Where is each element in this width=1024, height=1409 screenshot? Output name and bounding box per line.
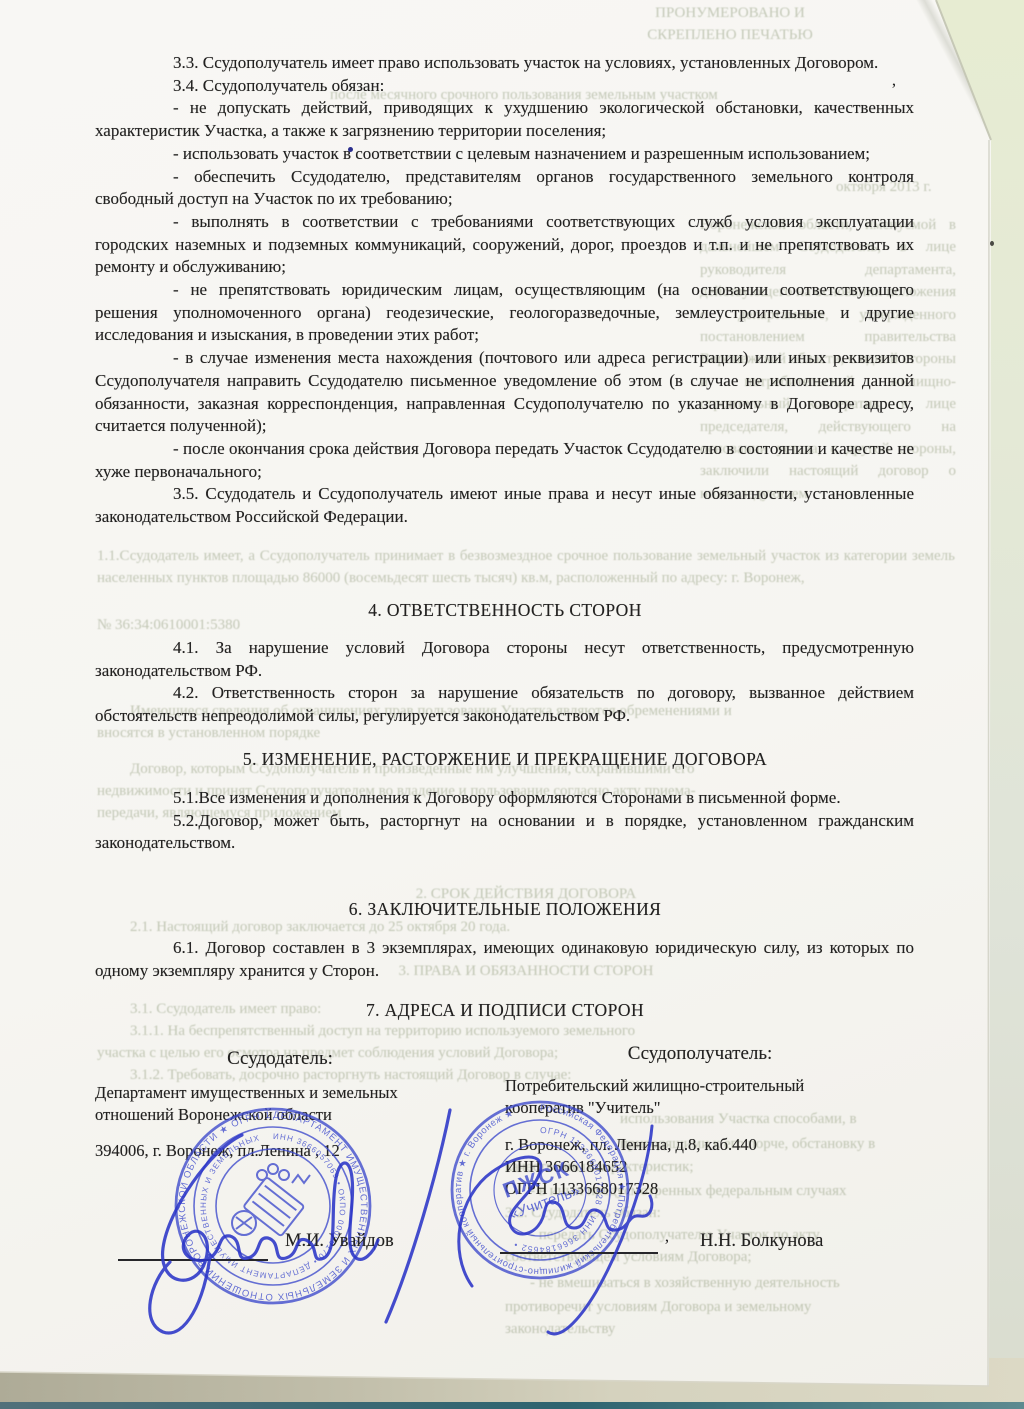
bleed-through-line: ПРОНУМЕРОВАНО И (630, 2, 830, 24)
section-7-heading: 7. АДРЕСА И ПОДПИСИ СТОРОН (95, 1000, 915, 1021)
bleed-through-line: 1.1.Ссудодатель имеет, а Ссудополучатель… (97, 545, 955, 590)
paragraph: - не препятствовать юридическим лицам, о… (95, 279, 914, 347)
paragraph: 3.5. Ссудодатель и Ссудополучатель имеют… (95, 483, 914, 528)
section-3-paragraphs: 3.3. Ссудополучатель имеет право использ… (95, 52, 914, 529)
lender-signature-ink (100, 1080, 480, 1350)
section-6-heading: 6. ЗАКЛЮЧИТЕЛЬНЫЕ ПОЛОЖЕНИЯ (95, 899, 915, 920)
borrower-signer-name: Н.Н. Болкунова (700, 1231, 823, 1252)
borrower-signature-ink (440, 1100, 680, 1350)
paragraph: - в случае изменения места нахождения (п… (95, 347, 914, 438)
paragraph: - не допускать действий, приводящих к ух… (95, 97, 914, 142)
paragraph: 6.1. Договор составлен в 3 экземплярах, … (95, 937, 914, 982)
paragraph: - обеспечить Ссудодателю, представителям… (95, 166, 914, 211)
paragraph: 5.1.Все изменения и дополнения к Договор… (95, 787, 914, 810)
paragraph: 3.4. Ссудополучатель обязан: (95, 75, 914, 98)
paragraph: - выполнять в соответствии с требованиям… (95, 211, 914, 279)
paragraph: 5.2.Договор, может быть, расторгнут на о… (95, 810, 914, 855)
section-4-paragraphs: 4.1. За нарушение условий Договора сторо… (95, 637, 914, 728)
lender-label: Ссудодатель: (95, 1048, 465, 1070)
bleed-through-line: СКРЕПЛЕНО ПЕЧАТЬЮ (630, 24, 830, 46)
paragraph: 3.3. Ссудополучатель имеет право использ… (95, 52, 914, 75)
paragraph: - после окончания срока действия Договор… (95, 438, 914, 483)
paragraph: 4.2. Ответственность сторон за нарушение… (95, 682, 914, 727)
scan-edge-line (0, 1402, 1024, 1409)
section-5-heading: 5. ИЗМЕНЕНИЕ, РАСТОРЖЕНИЕ И ПРЕКРАЩЕНИЕ … (95, 749, 915, 770)
paper-speck (990, 241, 994, 246)
paragraph: - использовать участок в соответствии с … (95, 143, 914, 166)
paper-sheet: ПРОНУМЕРОВАНО ИСКРЕПЛЕНО ПЕЧАТЬЮпосле ме… (0, 0, 1024, 1409)
scanned-contract-page: ПРОНУМЕРОВАНО ИСКРЕПЛЕНО ПЕЧАТЬЮпосле ме… (0, 0, 1024, 1409)
ink-mark: ʼ (664, 1236, 670, 1256)
ink-mark: ʼ (891, 80, 897, 100)
section-4-heading: 4. ОТВЕТСТВЕННОСТЬ СТОРОН (95, 600, 915, 621)
section-6-paragraphs: 6.1. Договор составлен в 3 экземплярах, … (95, 937, 914, 982)
paragraph: 4.1. За нарушение условий Договора сторо… (95, 637, 914, 682)
bleed-through-line: 3.1.1. На беспрепятственный доступ на те… (130, 1020, 956, 1042)
borrower-label: Ссудополучатель: (505, 1043, 895, 1065)
section-5-paragraphs: 5.1.Все изменения и дополнения к Договор… (95, 787, 914, 855)
ink-mark (348, 147, 353, 152)
